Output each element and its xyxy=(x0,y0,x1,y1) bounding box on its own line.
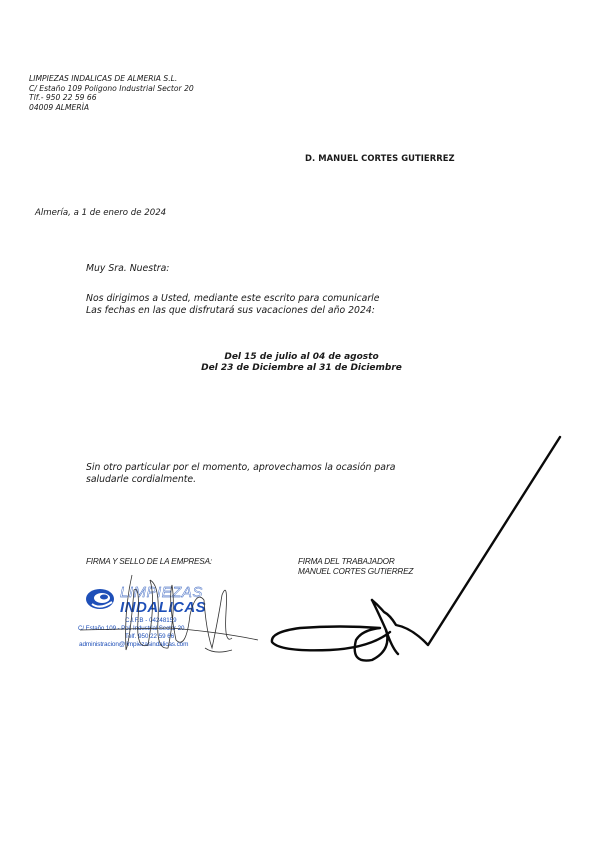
date-line: Almería, a 1 de enero de 2024 xyxy=(35,208,166,218)
closing-line: Sin otro particular por el momento, apro… xyxy=(86,462,396,474)
closing-paragraph: Sin otro particular por el momento, apro… xyxy=(86,462,396,486)
worker-label-name: MANUEL CORTES GUTIERREZ xyxy=(298,567,413,577)
sender-company: LIMPIEZAS INDALICAS DE ALMERIA S.L. xyxy=(29,74,194,84)
stamp-cif: C.I.F.B - 04248159 xyxy=(125,617,177,624)
closing-line: saludarle cordialmente. xyxy=(86,474,396,486)
intro-line: Las fechas en las que disfrutará sus vac… xyxy=(86,305,380,317)
worker-signature-label: FIRMA DEL TRABAJADOR MANUEL CORTES GUTIE… xyxy=(298,557,413,577)
stamp-brand-line2: INDALICAS xyxy=(120,599,206,616)
worker-label-title: FIRMA DEL TRABAJADOR xyxy=(298,557,413,567)
sender-street: C/ Estaño 109 Poligono Industrial Sector… xyxy=(29,84,194,94)
vacation-period: Del 23 de Diciembre al 31 de Diciembre xyxy=(0,363,595,374)
salutation: Muy Sra. Nuestra: xyxy=(86,263,169,274)
stamp-email: administracion@limpiezasindalicas.com xyxy=(79,641,188,648)
intro-paragraph: Nos dirigimos a Usted, mediante este esc… xyxy=(86,293,380,316)
stamp-address: C/ Estaño 109 - Pol. Industrial Sector 2… xyxy=(78,625,184,632)
sender-address-block: LIMPIEZAS INDALICAS DE ALMERIA S.L. C/ E… xyxy=(29,74,194,112)
vacation-period: Del 15 de julio al 04 de agosto xyxy=(0,352,595,363)
company-signature-label: FIRMA Y SELLO DE LA EMPRESA: xyxy=(86,557,212,567)
sender-postal-city: 04009 ALMERÌA xyxy=(29,103,194,113)
sender-phone: Tlf.- 950 22 59 66 xyxy=(29,93,194,103)
intro-line: Nos dirigimos a Usted, mediante este esc… xyxy=(86,293,380,305)
handwritten-signatures xyxy=(0,0,595,841)
recipient-name: D. MANUEL CORTES GUTIERREZ xyxy=(305,153,455,163)
vacation-periods: Del 15 de julio al 04 de agosto Del 23 d… xyxy=(0,352,595,375)
company-stamp: LIMPIEZAS INDALICAS C.I.F.B - 04248159 C… xyxy=(78,582,258,657)
stamp-phone: Telf. 950 22 59 66 xyxy=(125,633,174,640)
